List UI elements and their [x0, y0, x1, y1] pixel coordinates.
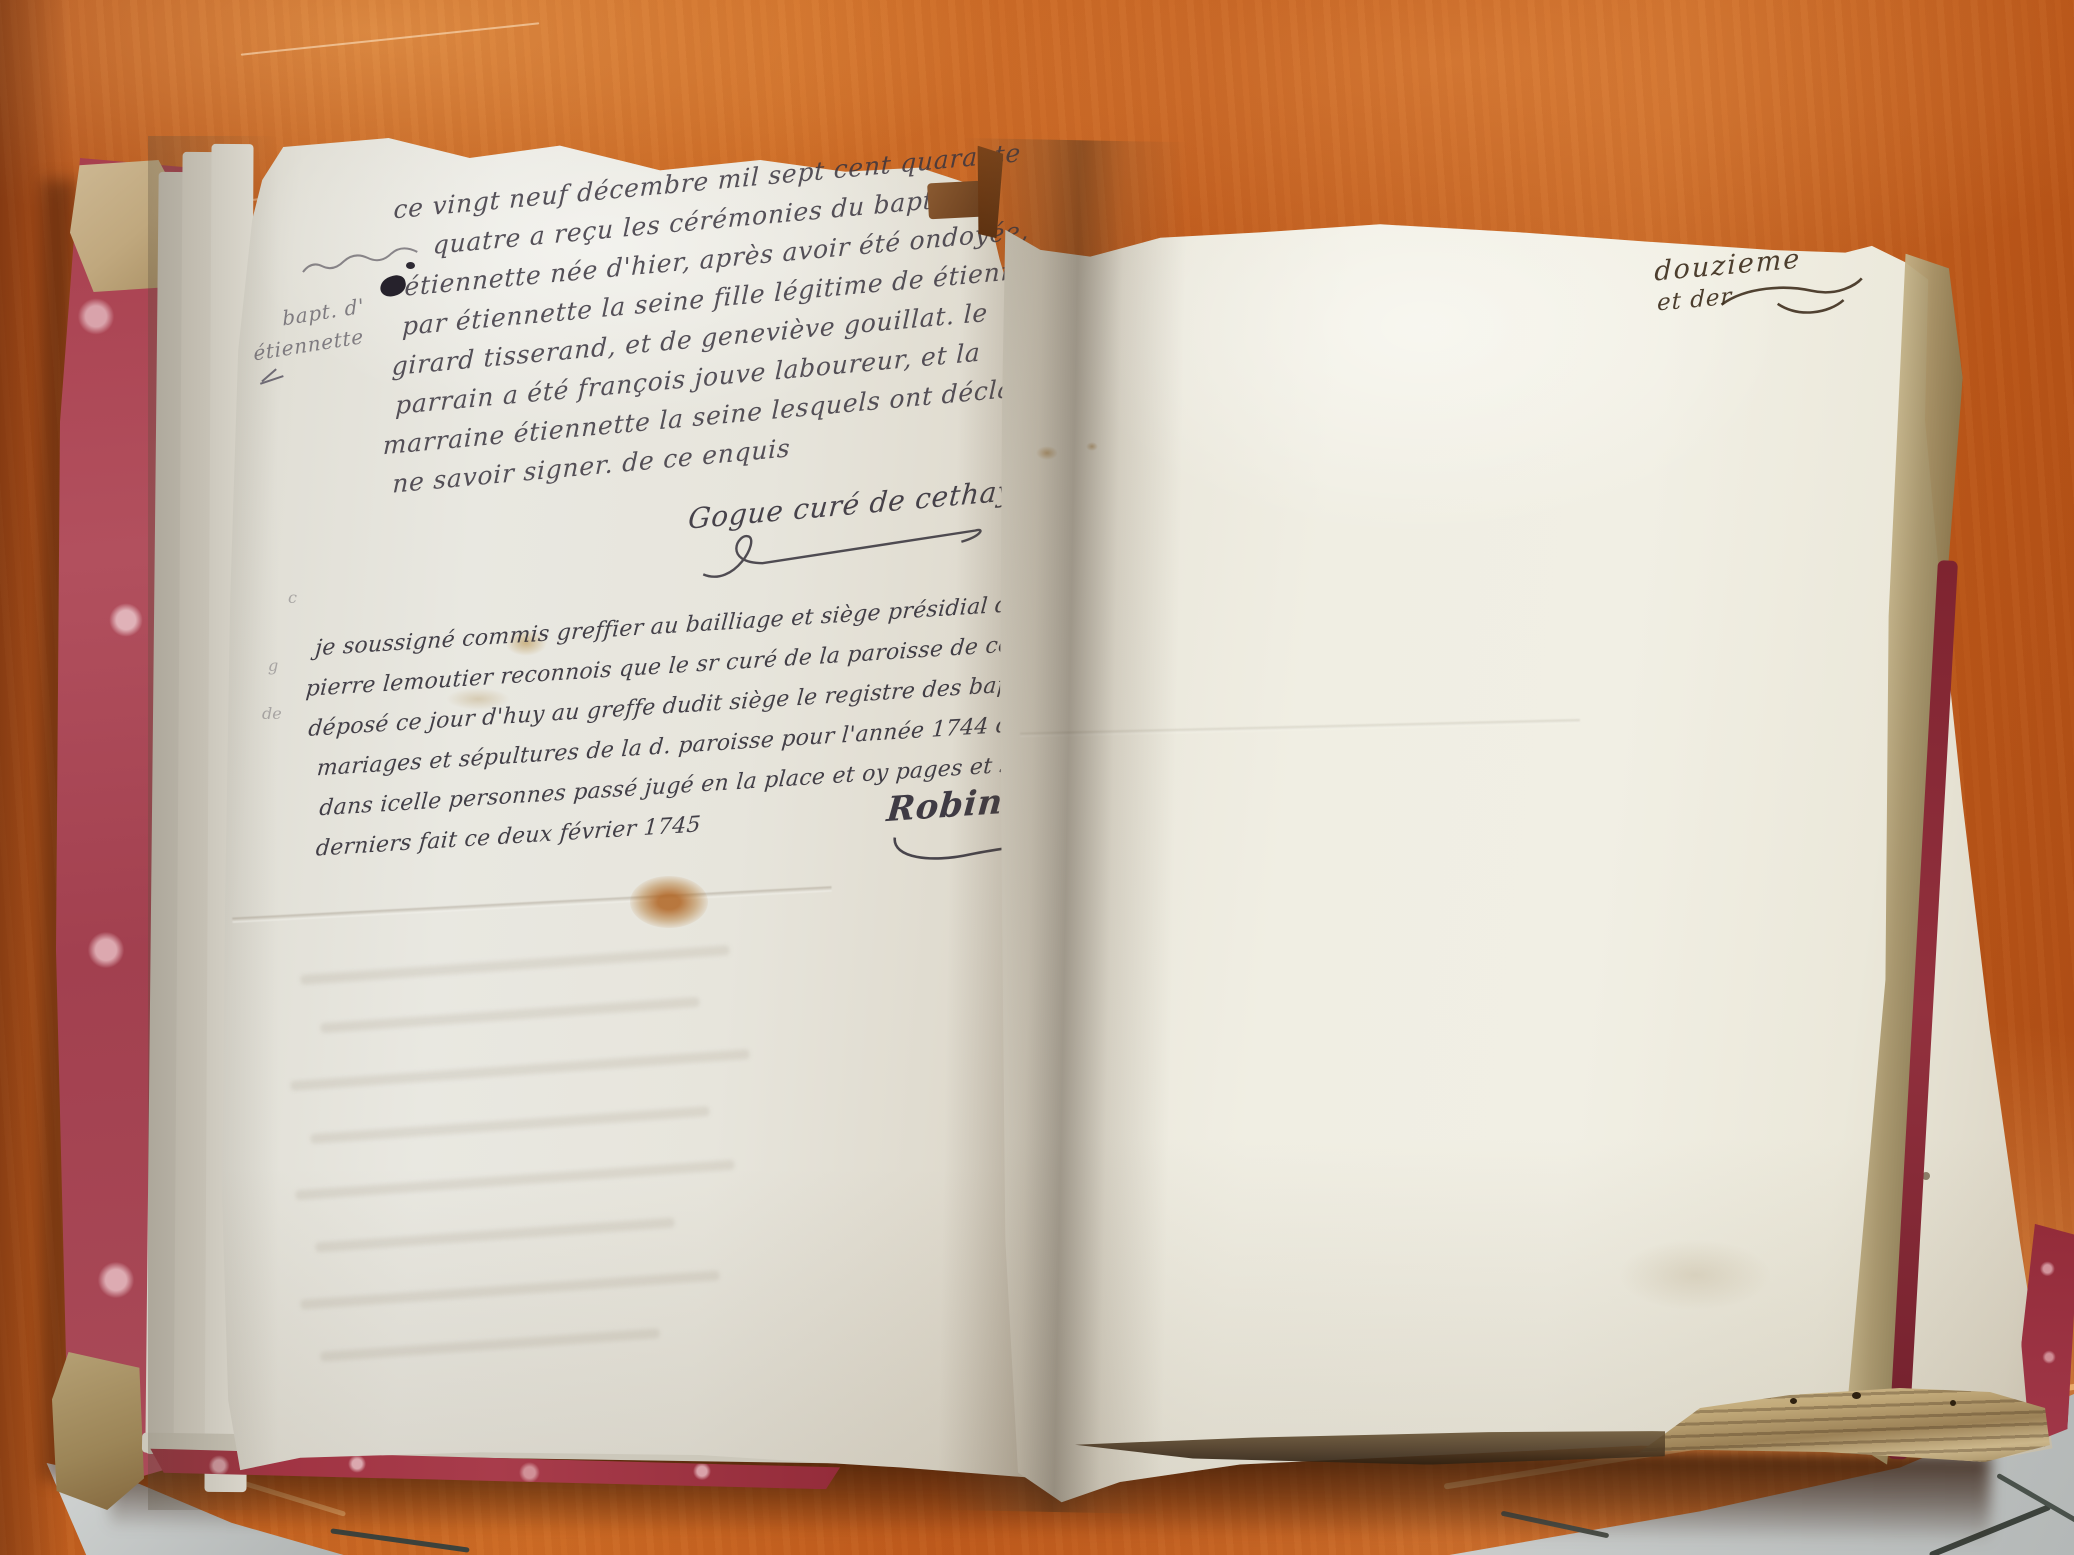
photo-open-parish-register: c g de bapt. d' étiennette ce vingt neuf… — [0, 0, 2074, 1555]
page-edge-fragment: c — [288, 588, 297, 607]
speck — [1790, 1398, 1797, 1404]
stain — [1620, 1240, 1770, 1310]
worn-cover-corner-bottom-left — [52, 1352, 144, 1510]
page-edge-fragment: g — [268, 656, 278, 675]
stain — [1086, 442, 1098, 451]
speck — [1852, 1392, 1861, 1399]
page-edge-fragment: de — [262, 704, 282, 723]
stain — [1036, 446, 1058, 460]
leather-spine-tab — [927, 181, 983, 220]
rust-stain — [630, 876, 708, 928]
speck — [1950, 1400, 1956, 1406]
